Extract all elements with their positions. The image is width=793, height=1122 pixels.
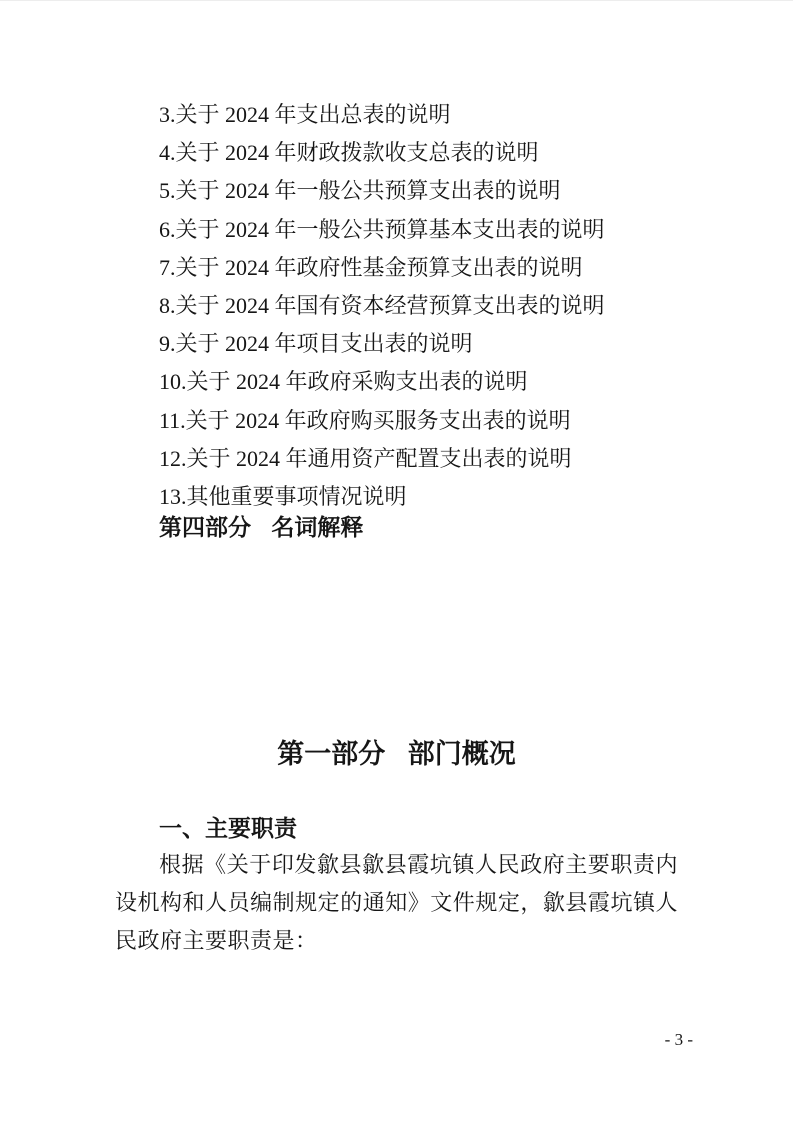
toc-item: 6.关于 2024 年一般公共预算基本支出表的说明	[115, 211, 681, 249]
toc-item: 7.关于 2024 年政府性基金预算支出表的说明	[115, 249, 681, 287]
toc-item: 10.关于 2024 年政府采购支出表的说明	[115, 363, 681, 401]
toc-item: 8.关于 2024 年国有资本经营预算支出表的说明	[115, 287, 681, 325]
page-number: - 3 -	[665, 1030, 693, 1050]
part1-title: 第一部分 部门概况	[0, 738, 793, 770]
toc-item: 9.关于 2024 年项目支出表的说明	[115, 325, 681, 363]
document-page: 3.关于 2024 年支出总表的说明 4.关于 2024 年财政拨款收支总表的说…	[0, 0, 793, 1122]
section1-title: 一、主要职责	[159, 814, 297, 842]
toc-item: 13.其他重要事项情况说明	[115, 478, 681, 516]
toc-item: 4.关于 2024 年财政拨款收支总表的说明	[115, 134, 681, 172]
toc-part4-heading: 第四部分 名词解释	[159, 513, 363, 541]
toc-list: 3.关于 2024 年支出总表的说明 4.关于 2024 年财政拨款收支总表的说…	[115, 96, 681, 516]
toc-item: 12.关于 2024 年通用资产配置支出表的说明	[115, 440, 681, 478]
toc-item: 11.关于 2024 年政府购买服务支出表的说明	[115, 402, 681, 440]
toc-item: 3.关于 2024 年支出总表的说明	[115, 96, 681, 134]
toc-item: 5.关于 2024 年一般公共预算支出表的说明	[115, 172, 681, 210]
section1-paragraph: 根据《关于印发歙县歙县霞坑镇人民政府主要职责内设机构和人员编制规定的通知》文件规…	[115, 846, 678, 961]
